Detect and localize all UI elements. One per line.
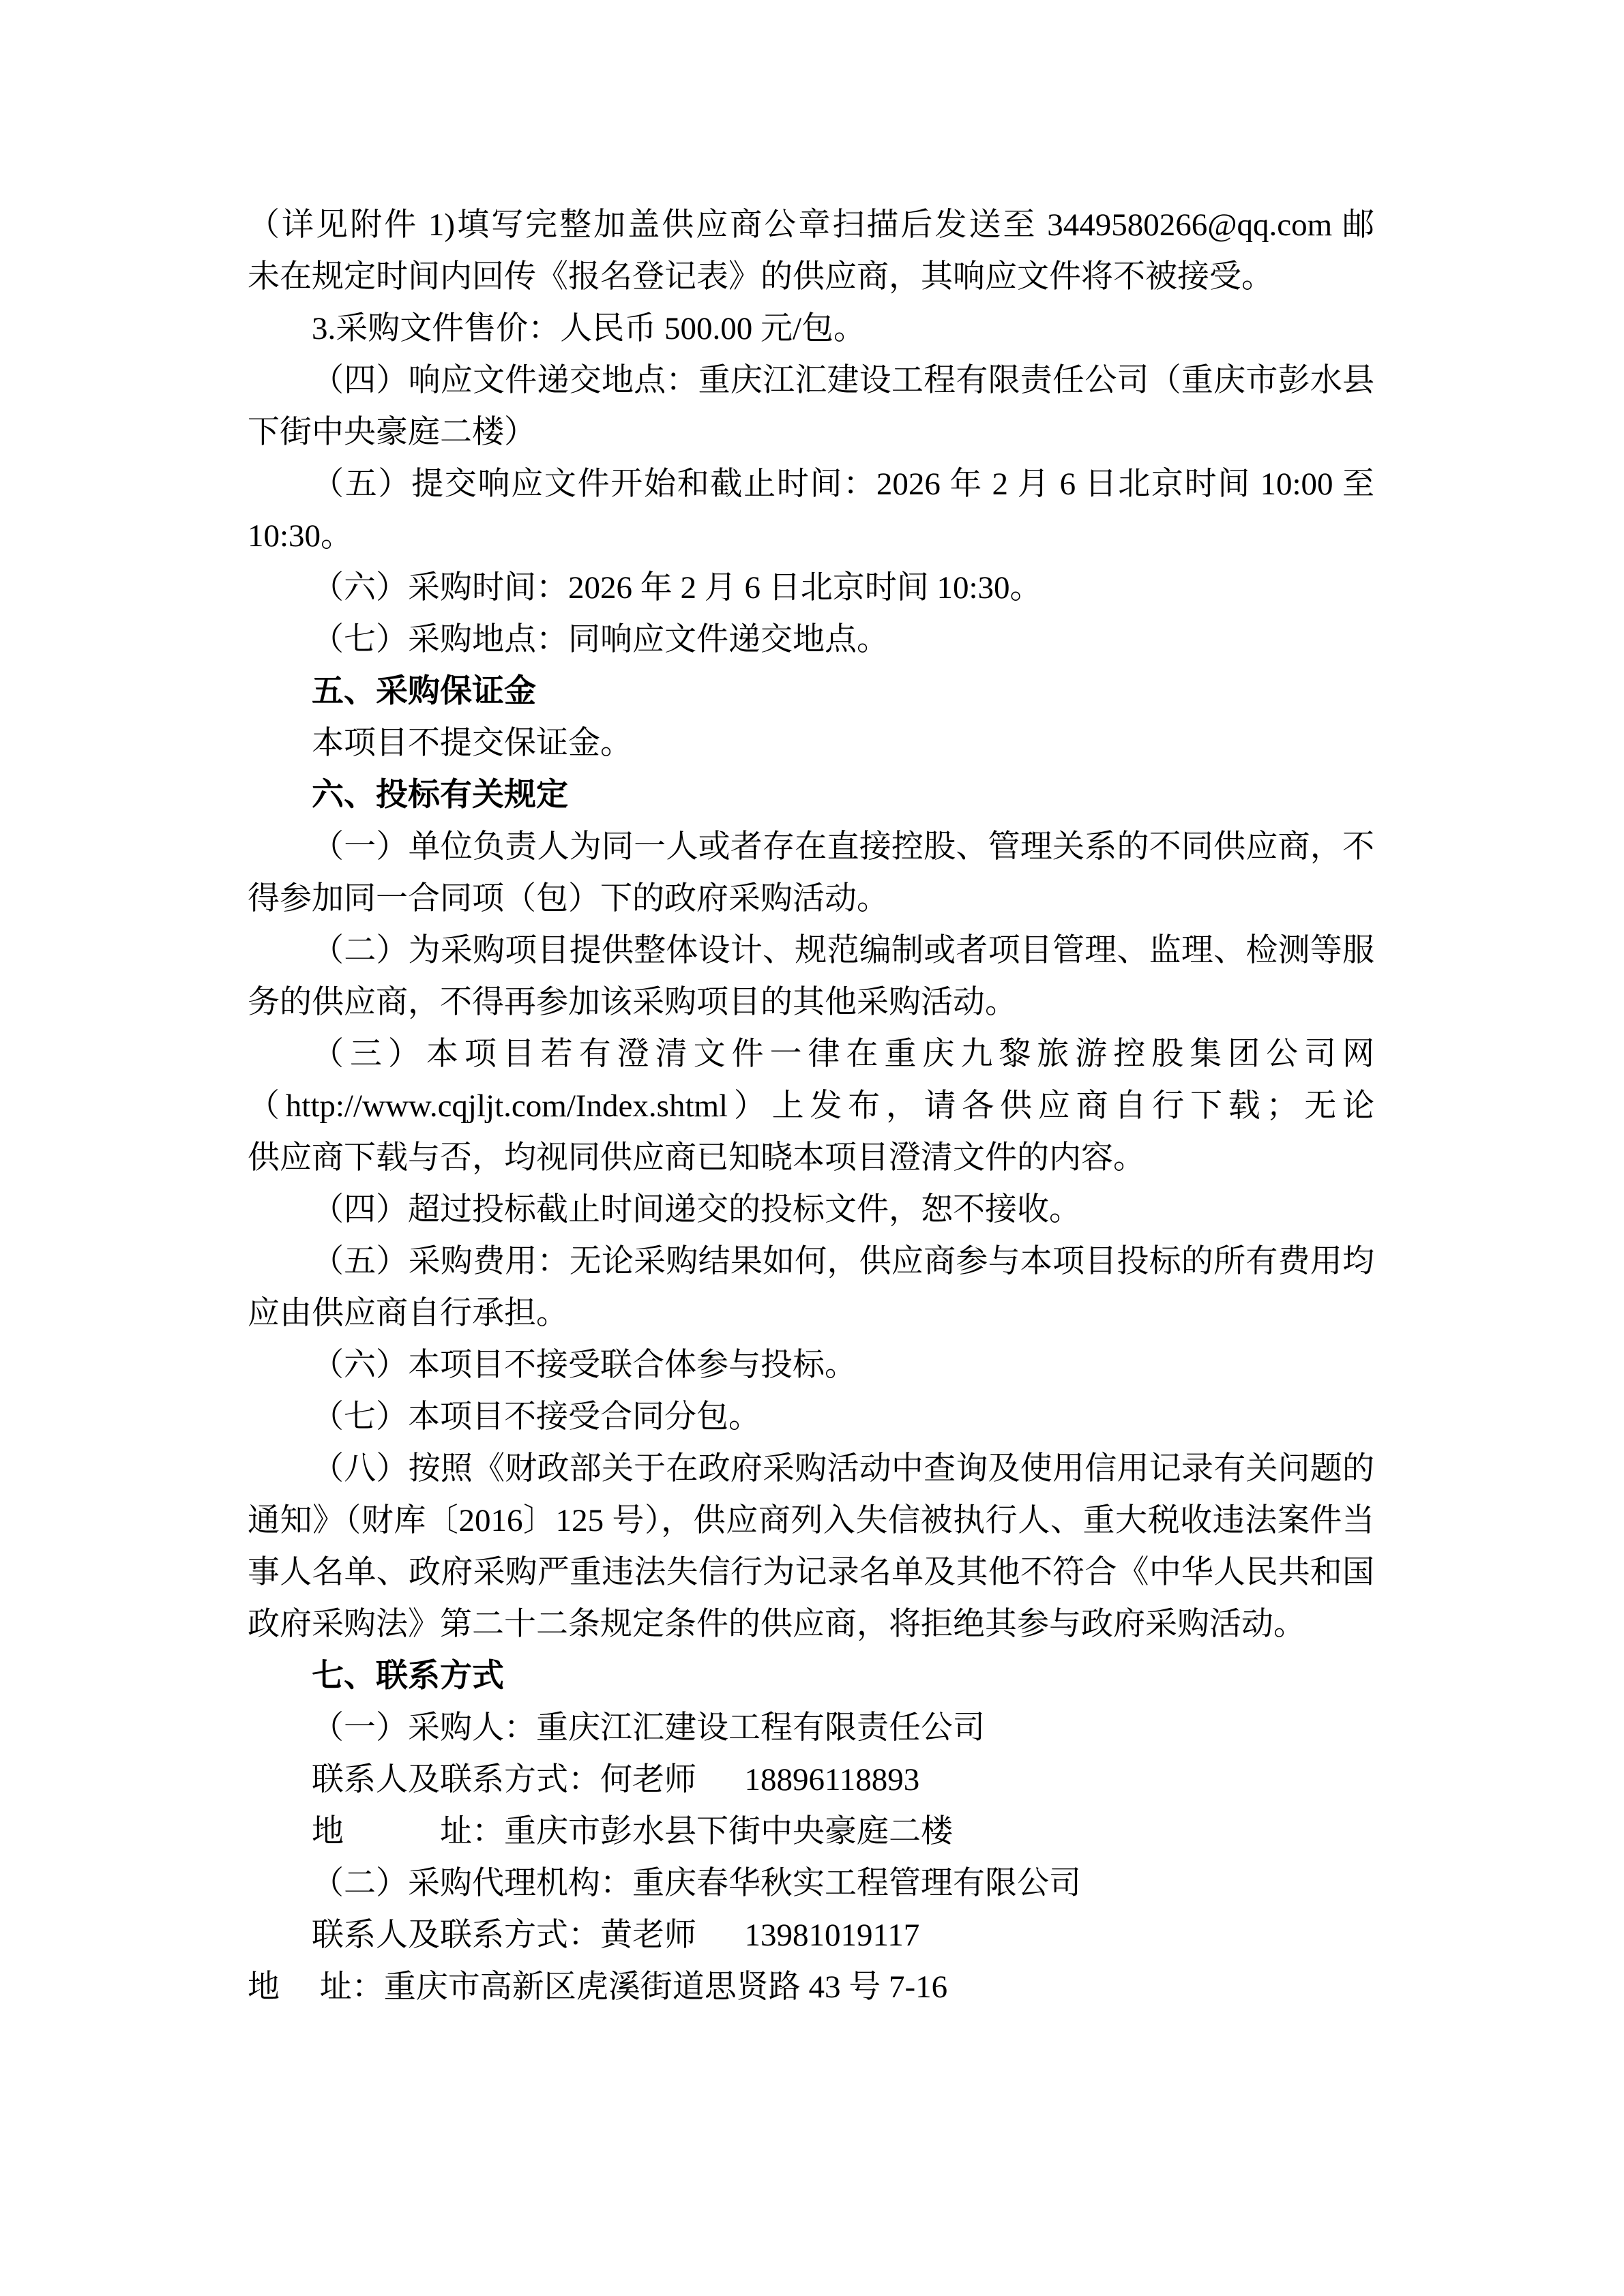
text-line: （一）单位负责人为同一人或者存在直接控股、管理关系的不同供应商，不 — [248, 821, 1374, 873]
text-line: 事人名单、政府采购严重违法失信行为记录名单及其他不符合《中华人民共和国 — [248, 1547, 1374, 1598]
text-line: 得参加同一合同项（包）下的政府采购活动。 — [248, 873, 1374, 925]
text-line: （二）为采购项目提供整体设计、规范编制或者项目管理、监理、检测等服 — [248, 925, 1374, 976]
text-line: 下街中央豪庭二楼） — [248, 406, 1374, 458]
text-line: （七）本项目不接受合同分包。 — [248, 1391, 1374, 1443]
text-line: （一）采购人：重庆江汇建设工程有限责任公司 — [248, 1702, 1374, 1754]
text-line: 地 址：重庆市彭水县下街中央豪庭二楼 — [248, 1806, 1374, 1858]
document-body: （详见附件 1)填写完整加盖供应商公章扫描后发送至 3449580266@qq.… — [248, 199, 1374, 2013]
text-line: 联系人及联系方式：黄老师 13981019117 — [248, 1909, 1374, 1961]
text-line: 3.采购文件售价：人民币 500.00 元/包。 — [248, 303, 1374, 355]
text-line: 地 址：重庆市高新区虎溪街道思贤路 43 号 7-16 — [248, 1961, 1374, 2013]
text-line: （四）超过投标截止时间递交的投标文件，恕不接收。 — [248, 1184, 1374, 1236]
text-line: 政府采购法》第二十二条规定条件的供应商，将拒绝其参与政府采购活动。 — [248, 1598, 1374, 1650]
text-line: （详见附件 1)填写完整加盖供应商公章扫描后发送至 3449580266@qq.… — [248, 199, 1374, 251]
text-line: 10:30。 — [248, 510, 1374, 562]
text-line: （七）采购地点：同响应文件递交地点。 — [248, 614, 1374, 666]
text-line: 未在规定时间内回传《报名登记表》的供应商，其响应文件将不被接受。 — [248, 251, 1374, 303]
text-line: （六）本项目不接受联合体参与投标。 — [248, 1339, 1374, 1391]
text-line: （五）采购费用：无论采购结果如何，供应商参与本项目投标的所有费用均 — [248, 1236, 1374, 1287]
text-line: 应由供应商自行承担。 — [248, 1287, 1374, 1339]
section-heading: 五、采购保证金 — [248, 666, 1374, 717]
text-line: （http://www.cqjljt.com/Index.shtml）上发布，请… — [248, 1080, 1374, 1132]
text-line: （四）响应文件递交地点：重庆江汇建设工程有限责任公司（重庆市彭水县 — [248, 355, 1374, 406]
text-line: （八）按照《财政部关于在政府采购活动中查询及使用信用记录有关问题的 — [248, 1443, 1374, 1495]
text-line: 务的供应商，不得再参加该采购项目的其他采购活动。 — [248, 976, 1374, 1028]
section-heading: 六、投标有关规定 — [248, 769, 1374, 821]
text-line: 通知》（财库〔2016〕125 号），供应商列入失信被执行人、重大税收违法案件当 — [248, 1495, 1374, 1547]
text-line: （二）采购代理机构：重庆春华秋实工程管理有限公司 — [248, 1858, 1374, 1909]
text-line: 联系人及联系方式：何老师 18896118893 — [248, 1754, 1374, 1806]
text-line: 供应商下载与否，均视同供应商已知晓本项目澄清文件的内容。 — [248, 1132, 1374, 1184]
text-line: （五）提交响应文件开始和截止时间：2026 年 2 月 6 日北京时间 10:0… — [248, 458, 1374, 510]
text-line: 本项目不提交保证金。 — [248, 717, 1374, 769]
text-line: （六）采购时间：2026 年 2 月 6 日北京时间 10:30。 — [248, 562, 1374, 614]
document-page: （详见附件 1)填写完整加盖供应商公章扫描后发送至 3449580266@qq.… — [0, 0, 1624, 2296]
text-line: （三）本项目若有澄清文件一律在重庆九黎旅游控股集团公司网 — [248, 1028, 1374, 1080]
section-heading: 七、联系方式 — [248, 1650, 1374, 1702]
